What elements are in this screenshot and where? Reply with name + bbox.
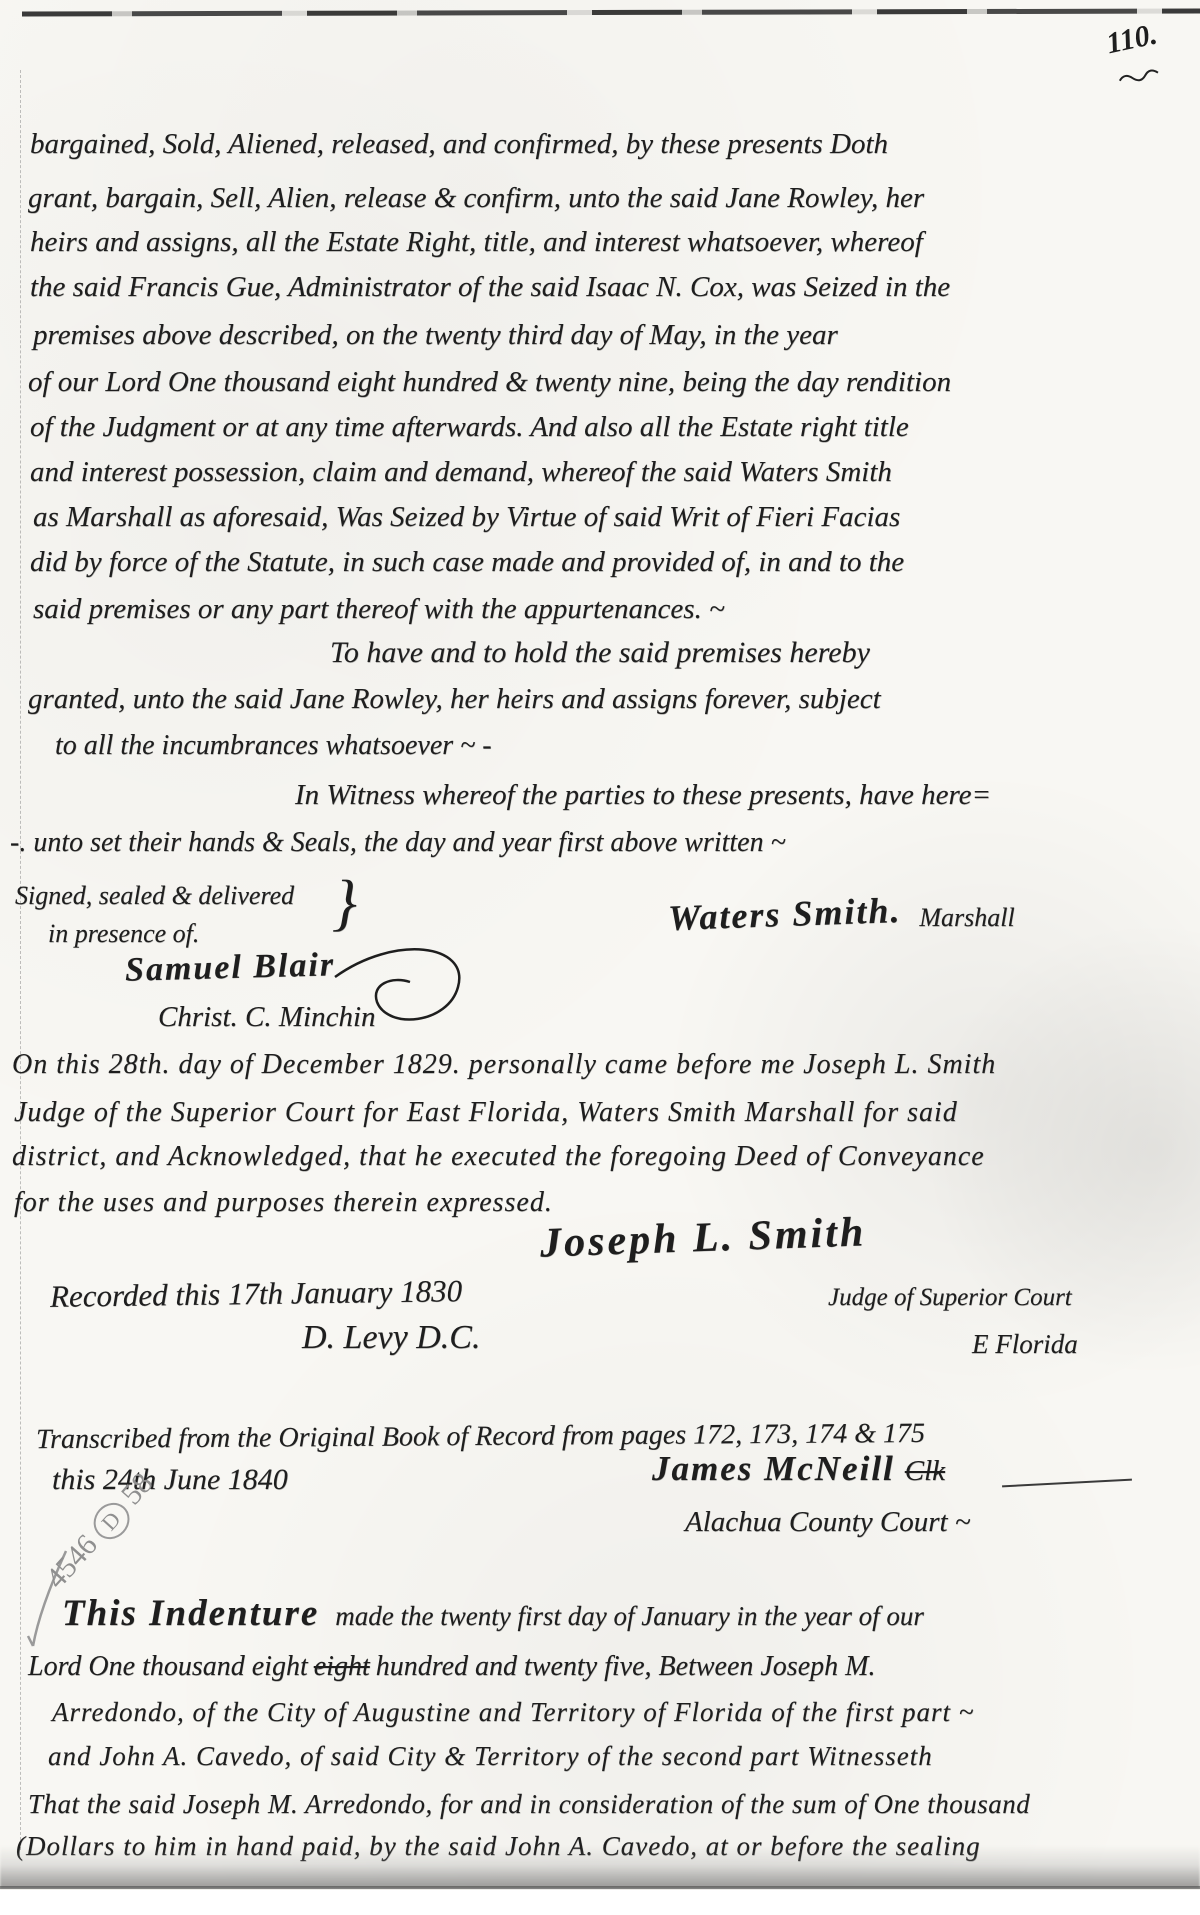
deed-text-line-9: as Marshall as aforesaid, Was Seized by … (33, 500, 900, 535)
witness1-signature: Samuel Blair (125, 945, 336, 991)
deed-text-line-4: the said Francis Gue, Administrator of t… (30, 270, 950, 305)
deed-text-line-8: and interest possession, claim and deman… (30, 455, 892, 490)
recording-line-1: Recorded this 17th January 1830 (50, 1272, 463, 1315)
deed-text-line-5: premises above described, on the twenty … (33, 318, 838, 353)
judge-title-line-1: Judge of Superior Court (828, 1283, 1072, 1313)
marshal-signature-row: Waters Smith. Marshall (668, 893, 1015, 936)
attestation-brace: } (332, 872, 357, 934)
deed-text-line-11: said premises or any part thereof with t… (33, 592, 725, 627)
marshal-signature: Waters Smith. (667, 889, 902, 940)
habendum-line-3: to all the incumbrances whatsoever ~ - (55, 729, 492, 763)
indenture-struck-word: eight (314, 1651, 370, 1682)
deed-text-line-2: grant, bargain, Sell, Alien, release & c… (28, 181, 924, 216)
page-number: 110. (1103, 17, 1167, 94)
attestation-left-line-2: in presence of. (48, 918, 199, 949)
acknowledgment-line-2: Judge of the Superior Court for East Flo… (14, 1096, 958, 1130)
transcription-court-line: Alachua County Court ~ (685, 1505, 971, 1540)
deed-text-line-1: bargained, Sold, Aliened, released, and … (30, 127, 888, 162)
scan-artifact-bottom-smudge (0, 1846, 1200, 1888)
scan-artifact-bottom-edge (0, 1886, 1200, 1889)
witness-clause-line-2: -. unto set their hands & Seals, the day… (10, 826, 786, 860)
page-number-text: 110. (1103, 17, 1160, 60)
indenture-line-2: Lord One thousand eighteighthundred and … (28, 1650, 875, 1684)
witness-clause-line-1: In Witness whereof the parties to these … (295, 778, 991, 813)
clerk-signature: James McNeill (652, 1449, 895, 1488)
indenture-line-2-post: hundred and twenty five, Between Joseph … (376, 1651, 876, 1682)
judge-title-line-2: E Florida (972, 1328, 1078, 1360)
acknowledgment-line-4: for the uses and purposes therein expres… (14, 1186, 553, 1220)
deed-text-line-3: heirs and assigns, all the Estate Right,… (30, 225, 923, 260)
indenture-line-3: Arredondo, of the City of Augustine and … (52, 1696, 974, 1728)
habendum-line-1: To have and to hold the said premises he… (330, 635, 870, 671)
clerk-signature-row: James McNeill Clk (652, 1448, 951, 1490)
habendum-line-2: granted, unto the said Jane Rowley, her … (28, 682, 881, 717)
clerk-struck-word: Clk (905, 1455, 945, 1487)
margin-note-circled: D (86, 1496, 137, 1547)
acknowledgment-line-1: On this 28th. day of December 1829. pers… (12, 1048, 996, 1082)
underline-squiggle-icon (1116, 65, 1163, 86)
indenture-line-1: This Indenture made the twenty first day… (62, 1592, 924, 1636)
deed-text-line-6: of our Lord One thousand eight hundred &… (28, 365, 951, 400)
judge-signature: Joseph L. Smith (539, 1207, 867, 1269)
indenture-opening-words: This Indenture (62, 1593, 319, 1634)
witness2-signature: Christ. C. Minchin (158, 1000, 376, 1035)
scan-artifact-left-edge (20, 70, 21, 1850)
acknowledgment-line-3: district, and Acknowledged, that he exec… (12, 1140, 985, 1174)
deed-text-line-7: of the Judgment or at any time afterward… (30, 410, 909, 445)
scanned-deed-page: 110. bargained, Sold, Aliened, released,… (0, 0, 1200, 1915)
indenture-line-2-pre: Lord One thousand eight (28, 1651, 308, 1682)
marshal-title: Marshall (919, 903, 1014, 932)
attestation-left-line-1: Signed, sealed & delivered (15, 880, 294, 911)
deed-text-line-10: did by force of the Statute, in such cas… (30, 545, 904, 580)
scan-artifact-bottom-margin (0, 1890, 1200, 1915)
indenture-line-5: That the said Joseph M. Arredondo, for a… (28, 1788, 1030, 1820)
transcription-line-2: this 24th June 1840 (52, 1462, 288, 1498)
indenture-line-1-rest: made the twenty first day of January in … (335, 1601, 924, 1631)
scan-artifact-top-edge (22, 8, 1200, 16)
recording-line-2: D. Levy D.C. (302, 1318, 480, 1359)
indenture-line-4: and John A. Cavedo, of said City & Terri… (48, 1740, 933, 1772)
strike-line (1002, 1479, 1132, 1488)
